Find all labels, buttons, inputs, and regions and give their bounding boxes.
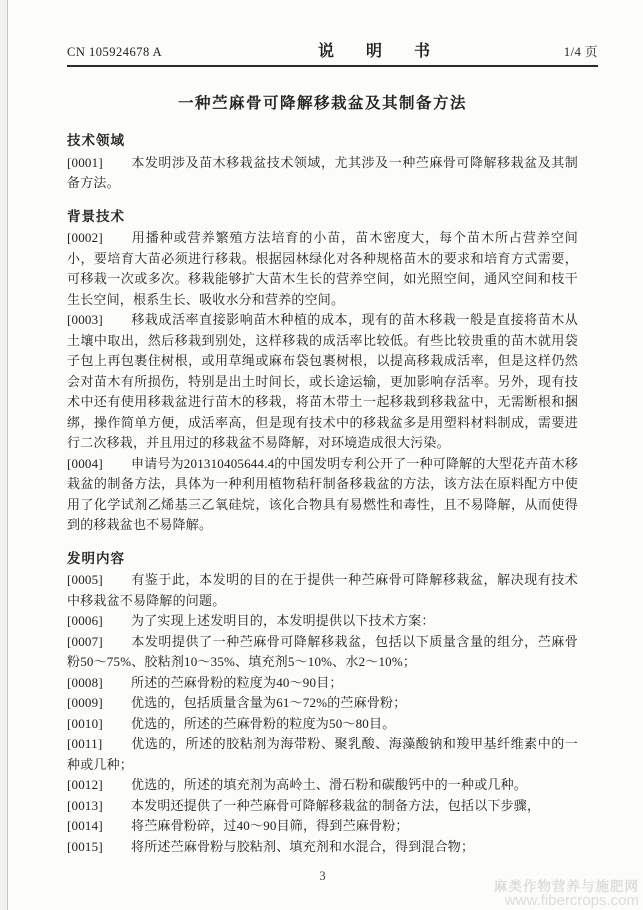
paragraph-number: [0010] bbox=[67, 714, 109, 735]
paragraph-number: [0001] bbox=[67, 153, 109, 174]
paragraph-0009: [0009]优选的，包括质量含量为61～72%的苎麻骨粉； bbox=[67, 693, 578, 714]
paragraph-number: [0004] bbox=[67, 454, 109, 475]
paragraph-text: 有鉴于此，本发明的目的在于提供一种苎麻骨可降解移栽盆，解决现有技术中移栽盆不易降… bbox=[67, 572, 578, 608]
paragraph-0008: [0008]所述的苎麻骨粉的粒度为40～90目； bbox=[67, 673, 578, 694]
publication-number: CN 105924678 A bbox=[67, 45, 162, 60]
document-body: 技术领域 [0001]本发明涉及苗木移栽盆技术领域，尤其涉及一种苎麻骨可降解移栽… bbox=[67, 131, 578, 857]
paragraph-number: [0011] bbox=[67, 734, 109, 755]
paragraph-text: 将苎麻骨粉碎，过40～90目筛，得到苎麻骨粉； bbox=[131, 818, 409, 833]
paragraph-text: 本发明提供了一种苎麻骨可降解移栽盆，包括以下质量含量的组分，苎麻骨粉50～75%… bbox=[67, 634, 578, 670]
paragraph-0007: [0007]本发明提供了一种苎麻骨可降解移栽盆，包括以下质量含量的组分，苎麻骨粉… bbox=[67, 632, 578, 673]
paragraph-0004: [0004]申请号为201310405644.4的中国发明专利公开了一种可降解的… bbox=[67, 454, 578, 536]
paragraph-number: [0014] bbox=[67, 816, 109, 837]
section-heading: 技术领域 bbox=[67, 131, 578, 152]
paragraph-0002: [0002]用播种或营养繁殖方法培育的小苗，苗木密度大，每个苗木所占营养空间小，… bbox=[67, 228, 578, 310]
section-heading: 发明内容 bbox=[67, 549, 578, 570]
paragraph-0012: [0012]优选的，所述的填充剂为高岭土、滑石粉和碳酸钙中的一种或几种。 bbox=[67, 775, 578, 796]
paragraph-text: 所述的苎麻骨粉的粒度为40～90目； bbox=[131, 675, 343, 690]
page-header: CN 105924678 A 说 明 书 1/4 页 bbox=[67, 38, 598, 61]
page-indicator: 1/4 页 bbox=[564, 42, 598, 60]
paragraph-text: 将所述苎麻骨粉与胶粘剂、填充剂和水混合，得到混合物； bbox=[131, 839, 474, 854]
paragraph-0005: [0005]有鉴于此，本发明的目的在于提供一种苎麻骨可降解移栽盆，解决现有技术中… bbox=[67, 570, 578, 611]
paragraph-0006: [0006]为了实现上述发明目的，本发明提供以下技术方案： bbox=[67, 611, 578, 632]
paragraph-text: 用播种或营养繁殖方法培育的小苗，苗木密度大，每个苗木所占营养空间小，要培育大苗必… bbox=[67, 230, 578, 307]
paragraph-0010: [0010]优选的，所述的苎麻骨粉的粒度为50～80目。 bbox=[67, 714, 578, 735]
header-rule bbox=[67, 65, 598, 67]
scan-edge-line bbox=[7, 0, 8, 910]
watermark: 麻类作物营养与施肥网 www.fibercrops.com bbox=[494, 880, 639, 907]
document-type-title: 说 明 书 bbox=[318, 38, 438, 61]
paragraph-0003: [0003]移栽成活率直接影响苗木种植的成本，现有的苗木移栽一般是直接将苗木从土… bbox=[67, 310, 578, 454]
paragraph-text: 本发明涉及苗木移栽盆技术领域，尤其涉及一种苎麻骨可降解移栽盆及其制备方法。 bbox=[67, 155, 578, 191]
paragraph-number: [0015] bbox=[67, 837, 109, 858]
paragraph-0015: [0015]将所述苎麻骨粉与胶粘剂、填充剂和水混合，得到混合物； bbox=[67, 837, 578, 858]
section-heading: 背景技术 bbox=[67, 207, 578, 228]
paragraph-text: 优选的，所述的苎麻骨粉的粒度为50～80目。 bbox=[131, 716, 395, 731]
paragraph-number: [0009] bbox=[67, 693, 109, 714]
paragraph-0001: [0001]本发明涉及苗木移栽盆技术领域，尤其涉及一种苎麻骨可降解移栽盆及其制备… bbox=[67, 153, 578, 194]
paragraph-number: [0003] bbox=[67, 310, 109, 331]
paragraph-number: [0012] bbox=[67, 775, 109, 796]
section-technical-field: 技术领域 [0001]本发明涉及苗木移栽盆技术领域，尤其涉及一种苎麻骨可降解移栽… bbox=[67, 131, 578, 194]
paragraph-0013: [0013]本发明还提供了一种苎麻骨可降解移栽盆的制备方法，包括以下步骤， bbox=[67, 796, 578, 817]
paragraph-text: 申请号为201310405644.4的中国发明专利公开了一种可降解的大型花卉苗木… bbox=[67, 456, 578, 533]
section-background-art: 背景技术 [0002]用播种或营养繁殖方法培育的小苗，苗木密度大，每个苗木所占营… bbox=[67, 207, 578, 536]
paragraph-0011: [0011]优选的，所述的胶粘剂为海带粉、聚乳酸、海藻酸钠和羧甲基纤维素中的一种… bbox=[67, 734, 578, 775]
patent-specification-page: CN 105924678 A 说 明 书 1/4 页 一种苎麻骨可降解移栽盆及其… bbox=[0, 0, 643, 910]
paragraph-text: 优选的，所述的填充剂为高岭土、滑石粉和碳酸钙中的一种或几种。 bbox=[131, 777, 527, 792]
paragraph-number: [0008] bbox=[67, 673, 109, 694]
paragraph-number: [0013] bbox=[67, 796, 109, 817]
paragraph-number: [0007] bbox=[67, 632, 109, 653]
paragraph-number: [0006] bbox=[67, 611, 109, 632]
watermark-site-url: www.fibercrops.com bbox=[494, 894, 639, 908]
paragraph-text: 移栽成活率直接影响苗木种植的成本，现有的苗木移栽一般是直接将苗木从土壤中取出，然… bbox=[67, 312, 578, 450]
paragraph-text: 本发明还提供了一种苎麻骨可降解移栽盆的制备方法，包括以下步骤， bbox=[131, 798, 540, 813]
section-summary-of-invention: 发明内容 [0005]有鉴于此，本发明的目的在于提供一种苎麻骨可降解移栽盆，解决… bbox=[67, 549, 578, 858]
paragraph-number: [0005] bbox=[67, 570, 109, 591]
paragraph-text: 优选的，所述的胶粘剂为海带粉、聚乳酸、海藻酸钠和羧甲基纤维素中的一种或几种； bbox=[67, 736, 578, 772]
paragraph-0014: [0014]将苎麻骨粉碎，过40～90目筛，得到苎麻骨粉； bbox=[67, 816, 578, 837]
paragraph-text: 优选的，包括质量含量为61～72%的苎麻骨粉； bbox=[131, 695, 406, 710]
paragraph-text: 为了实现上述发明目的，本发明提供以下技术方案： bbox=[131, 613, 435, 628]
paragraph-number: [0002] bbox=[67, 228, 109, 249]
invention-title: 一种苎麻骨可降解移栽盆及其制备方法 bbox=[67, 91, 578, 113]
